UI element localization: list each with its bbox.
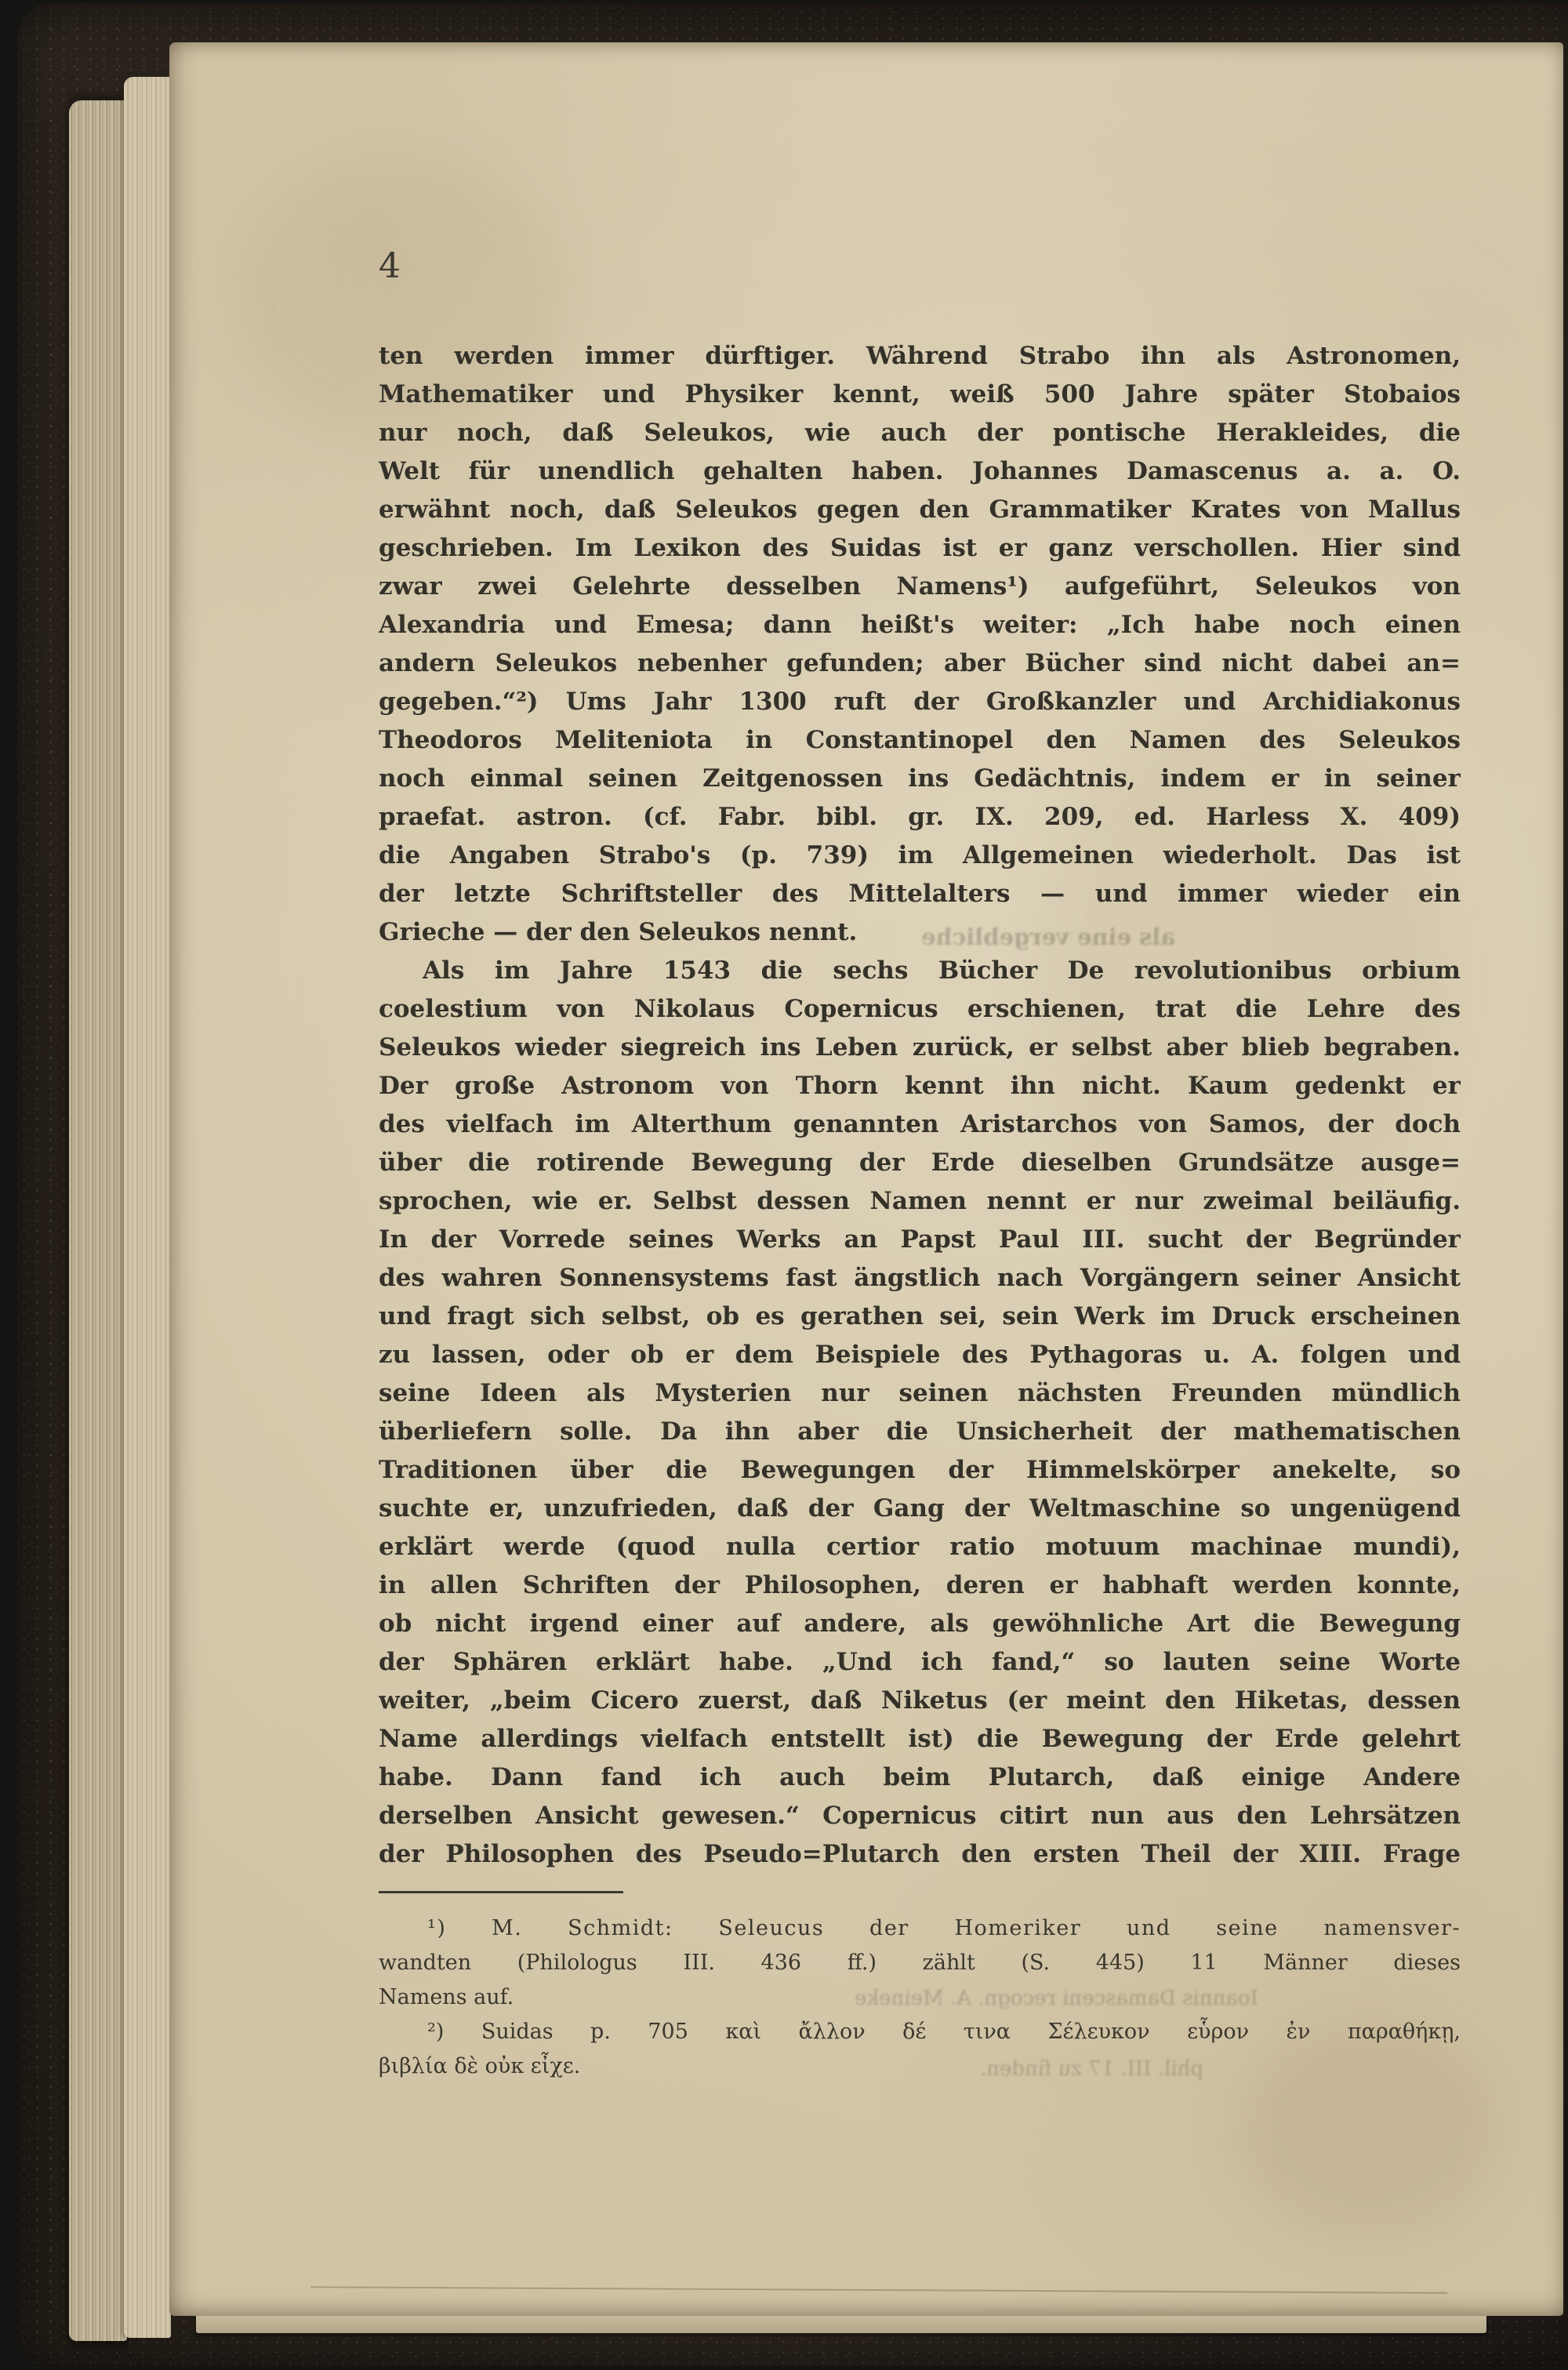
footnote-2: ²) Suidas p. 705 καὶ ἄλλον δέ τινα Σέλευ… — [379, 2015, 1461, 2084]
text-line: Mathematiker und Physiker kennt, weiß 50… — [379, 376, 1461, 414]
text-line: des vielfach im Alterthum genannten Aris… — [379, 1105, 1461, 1144]
text-line: der Philosophen des Pseudo=Plutarch den … — [379, 1835, 1461, 1874]
text-line: andern Seleukos nebenher gefunden; aber … — [379, 644, 1461, 683]
page-number: 4 — [379, 246, 401, 286]
footnote-line: wandten (Philologus III. 436 ff.) zählt … — [379, 1946, 1461, 1980]
paragraph-2: Als im Jahre 1543 die sechs Bücher De re… — [379, 952, 1461, 1874]
text-line: Seleukos wieder siegreich ins Leben zurü… — [379, 1029, 1461, 1067]
text-line: coelestium von Nikolaus Copernicus ersch… — [379, 990, 1461, 1029]
text-line: In der Vorrede seines Werks an Papst Pau… — [379, 1221, 1461, 1259]
text-line: gegeben.“²) Ums Jahr 1300 ruft der Großk… — [379, 683, 1461, 721]
text-line: in allen Schriften der Philosophen, dere… — [379, 1566, 1461, 1605]
text-line: Theodoros Meliteniota in Constantinopel … — [379, 721, 1461, 760]
text-line: Als im Jahre 1543 die sechs Bücher De re… — [379, 952, 1461, 990]
page-edges-stack-outer — [69, 100, 127, 2341]
show-through-text: Ioannis Damasceni recogn. A. Meineke — [855, 1987, 1258, 2010]
page-edges-stack-inner — [124, 77, 171, 2338]
text-line: sprochen, wie er. Selbst dessen Namen ne… — [379, 1182, 1461, 1221]
text-line: praefat. astron. (cf. Fabr. bibl. gr. IX… — [379, 798, 1461, 837]
text-line: Alexandria und Emesa; dann heißt's weite… — [379, 606, 1461, 644]
text-line: erklärt werde (quod nulla certior ratio … — [379, 1528, 1461, 1566]
text-line: über die rotirende Bewegung der Erde die… — [379, 1144, 1461, 1182]
footnote-line: ¹) M. Schmidt: Seleucus der Homeriker un… — [379, 1911, 1461, 1946]
text-line: nur noch, daß Seleukos, wie auch der pon… — [379, 414, 1461, 452]
footnote-separator — [379, 1891, 623, 1893]
text-line: noch einmal seinen Zeitgenossen ins Gedä… — [379, 760, 1461, 798]
text-line: der letzte Schriftsteller des Mittelalte… — [379, 875, 1461, 913]
text-line: suchte er, unzufrieden, daß der Gang der… — [379, 1490, 1461, 1528]
text-line: zwar zwei Gelehrte desselben Namens¹) au… — [379, 568, 1461, 606]
text-line: Traditionen über die Bewegungen der Himm… — [379, 1451, 1461, 1490]
text-line: ob nicht irgend einer auf andere, als ge… — [379, 1605, 1461, 1643]
text-line: seine Ideen als Mysterien nur seinen näc… — [379, 1374, 1461, 1413]
text-line: der Sphären erklärt habe. „Und ich fand,… — [379, 1643, 1461, 1682]
text-line: ten werden immer dürftiger. Während Stra… — [379, 337, 1461, 376]
scanned-book-photo: 4 ten werden immer dürftiger. Während St… — [0, 0, 1568, 2370]
footnote-line: ²) Suidas p. 705 καὶ ἄλλον δέ τινα Σέλευ… — [379, 2015, 1461, 2049]
text-line: überliefern solle. Da ihn aber die Unsic… — [379, 1413, 1461, 1451]
text-line: Der große Astronom von Thorn kennt ihn n… — [379, 1067, 1461, 1105]
text-line: habe. Dann fand ich auch beim Plutarch, … — [379, 1758, 1461, 1797]
text-line: weiter, „beim Cicero zuerst, daß Niketus… — [379, 1682, 1461, 1720]
text-line: die Angaben Strabo's (p. 739) im Allgeme… — [379, 837, 1461, 875]
text-line: Welt für unendlich gehalten haben. Johan… — [379, 452, 1461, 491]
text-line: derselben Ansicht gewesen.“ Copernicus c… — [379, 1797, 1461, 1835]
footnote-line: βιβλία δὲ οὐκ εἶχε. — [379, 2049, 1461, 2084]
text-line: und fragt sich selbst, ob es gerathen se… — [379, 1298, 1461, 1336]
under-page-edge-line — [310, 2286, 1447, 2294]
text-line: erwähnt noch, daß Seleukos gegen den Gra… — [379, 491, 1461, 529]
main-text-block: ten werden immer dürftiger. Während Stra… — [379, 337, 1461, 1874]
text-line: Grieche — der den Seleukos nennt. — [379, 913, 1461, 952]
text-line: zu lassen, oder ob er dem Beispiele des … — [379, 1336, 1461, 1374]
text-line: Name allerdings vielfach entstellt ist) … — [379, 1720, 1461, 1758]
paragraph-1: ten werden immer dürftiger. Während Stra… — [379, 337, 1461, 952]
text-line: geschrieben. Im Lexikon des Suidas ist e… — [379, 529, 1461, 568]
show-through-text: phil. III. 17 zu finden. — [980, 2057, 1203, 2081]
show-through-text: als eine vergebliche — [921, 924, 1175, 950]
text-line: des wahren Sonnensystems fast ängstlich … — [379, 1259, 1461, 1298]
